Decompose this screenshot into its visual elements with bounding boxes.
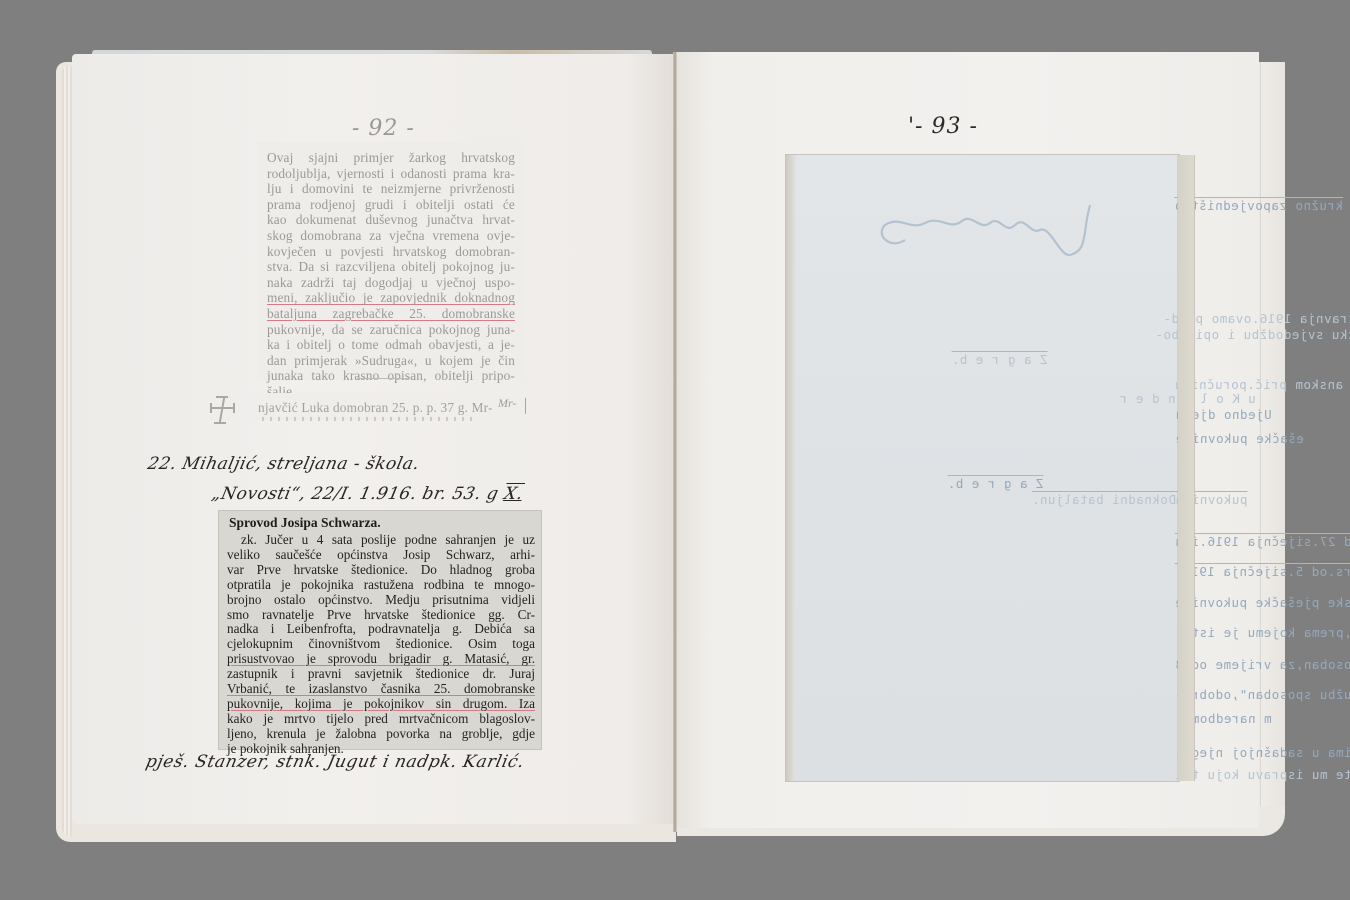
typescript-line: gu službu nesposoban,za vrijeme od 3 — [1175, 657, 1350, 672]
page-number-left: - 92 - — [352, 116, 415, 141]
clipping-line: brojno ostalo općinstvo. Medju prisutnim… — [227, 593, 535, 608]
clipping-line: var Prve hrvatske štedionice. Do hladnog… — [227, 563, 535, 578]
clipping-line: naka zadrži taj dogodjaj u vječnoj uspo- — [267, 275, 515, 291]
clipping-line: Ovaj sjajni primjer žarkog hrvatskog — [267, 150, 515, 166]
newspaper-clipping-1: Ovaj sjajni primjer žarkog hrvatskog rod… — [257, 142, 525, 380]
open-scrapbook: - 92 - Ovaj sjajni primjer žarkog hrvats… — [0, 0, 1350, 900]
page-number-right: '- 93 - — [908, 114, 978, 139]
clipping-line: zastupnik i pravni savjetnik štedionice … — [227, 667, 535, 682]
clipping-line: stva. Da si razcviljena obitelj pokojnog… — [267, 259, 515, 275]
clipping-line-underlined: bataljuna zagrebačke 25. domobranske — [267, 306, 515, 322]
clipping-line: nadka i Leibenfrofta, podravnatelja g. D… — [227, 622, 535, 637]
clipping-line: veliko saučešće općinstva Josip Schwarz,… — [227, 548, 535, 563]
clipping-line: junaka tako krasno opisan, obitelji prip… — [267, 368, 515, 384]
clipping-line-underlined: pukovnije, kojima je pokojnikov sin drug… — [227, 697, 535, 712]
typescript-line: pukovnija — [1175, 491, 1247, 507]
typescript-line: novu liječničku svjedodžbu i opis bo- — [1155, 327, 1350, 342]
clipping-line: zk. Jučer u 4 sata poslije podne sahranj… — [227, 533, 535, 548]
handwritten-footer-note: pješ. Stanzer, stnk. Jugut i nadpk. Karl… — [144, 752, 526, 772]
typescript-line: a 25.domobranske pješačke pukovnije — [1175, 595, 1350, 610]
typescript-line: ešačke pukovnije — [1175, 431, 1303, 446]
clipping-line: otpratila je pokojnika rastužena rodbina… — [227, 578, 535, 593]
clipping-line: dan primjerak »Sudruga«, u kojem je čin — [267, 353, 515, 369]
typescript-line: Z a g r e b. — [947, 475, 1043, 491]
typescript-line: /:pisarničku/službu sposoban",odobra- — [1175, 687, 1350, 702]
typescript-line: Z a g r e b. — [951, 351, 1047, 367]
clipping-line: ljeno, krenula je žalobna povorka na gro… — [227, 727, 535, 742]
clipping-line: cjelokupnim činovništvom štedionice. Osi… — [227, 637, 535, 652]
clipping-line: lju i domovini te neizmjerne privrženost… — [267, 181, 515, 197]
clipping-divider — [357, 378, 409, 379]
mirrored-signature — [870, 195, 1100, 265]
clipping-line: kao dokumenat duševnog junačtva hrvat- — [267, 212, 515, 228]
typescript-line: landera,koji se ima u sadašnjoj njego- — [1175, 745, 1350, 760]
typescript-line: Doknadni bataljun. — [1031, 491, 1175, 507]
clipping-line-underlined: Vrbanić, te izaslanstvo časnika 25. domo… — [227, 682, 535, 697]
handwritten-roman-numeral: X. — [502, 484, 525, 504]
clipping-line: prama rodjenoj grudi i obitelji ostati ć… — [267, 197, 515, 213]
clipping-2-title: Sprovod Josipa Schwarza. — [229, 515, 381, 531]
handwritten-note-2: „Novosti“, 22/I. 1.916. br. 53. g X. — [210, 484, 525, 504]
name-tag: Mr- — [498, 396, 516, 411]
margin-mark — [525, 398, 526, 414]
clipping-line: skog domobrana za vječna vremena ovje- — [267, 228, 515, 244]
typescript-line: m naredbom.- — [1175, 711, 1271, 726]
typescript-line: najkasnije do 1.travnja 1916.ovamo pred- — [1163, 311, 1350, 326]
typescript-line: broj 12873/2.od 27.siječnja 1916.i u — [1175, 533, 1350, 549]
clipping-1-text: Ovaj sjajni primjer žarkog hrvatskog rod… — [257, 142, 525, 400]
typescript-line: kružno zapovjedništvo — [1175, 197, 1344, 213]
typescript-line: anskom prič.poručniku — [1175, 377, 1344, 392]
typescript-line: nadpregledni nalaz,prema kojemu je isti: — [1175, 625, 1350, 640]
clipping-line: kako je mrtvo tijelo pred mrtvačnicom bl… — [227, 712, 535, 727]
typescript-line: broj 69/Prs.od 5.siječnja 1916. — [1175, 563, 1350, 579]
clipping-line: kovječen u povjesti hrvatskog domobran- — [267, 244, 515, 260]
clipping-line-underlined: meni, zaključio je zapovjednik doknadnog — [267, 290, 515, 306]
clipping-line: pukovnije, da se zaručnica pokojnog juna… — [267, 322, 515, 338]
name-clipping-strip: njavčić Luka domobran 25. p. p. 37 g. Mr… — [250, 393, 518, 421]
clipping-line: ka i obitelj o tome odmah obavjesti, a j… — [267, 337, 515, 353]
cross-mark-icon — [208, 394, 238, 426]
clipping-line-underlined: prisustvovao je sprovodu brigadir g. Mat… — [227, 652, 535, 667]
mirrored-carbon-typescript: kružno zapovjedništvo najkasnije do 1.tr… — [785, 154, 1180, 782]
wavy-underline — [256, 417, 478, 421]
signature-icon — [870, 195, 1100, 265]
typescript-line: u K o l a n d e r — [1119, 391, 1255, 406]
typescript-line: tomu obavjestiti,te mu ispravu koju tri — [1175, 767, 1350, 782]
typescript-line: Ujedno djelu — [1175, 407, 1271, 422]
clipping-2-body: zk. Jučer u 4 sata poslije podne sahranj… — [227, 533, 535, 757]
newspaper-clipping-2: Sprovod Josipa Schwarza. zk. Jučer u 4 s… — [218, 510, 542, 750]
clipping-line: smo ravnatelje Prve hrvatske štedionice … — [227, 608, 535, 623]
handwritten-citation: „Novosti“, 22/I. 1.916. br. 53. g — [210, 484, 501, 504]
name-strip-text: njavčić Luka domobran 25. p. p. 37 g. Mr… — [258, 400, 493, 416]
clipping-line: rodoljublja, vjernosti i odanosti prama … — [267, 166, 515, 182]
handwritten-note-1: 22. Mihaljić, streljana - škola. — [146, 454, 422, 474]
